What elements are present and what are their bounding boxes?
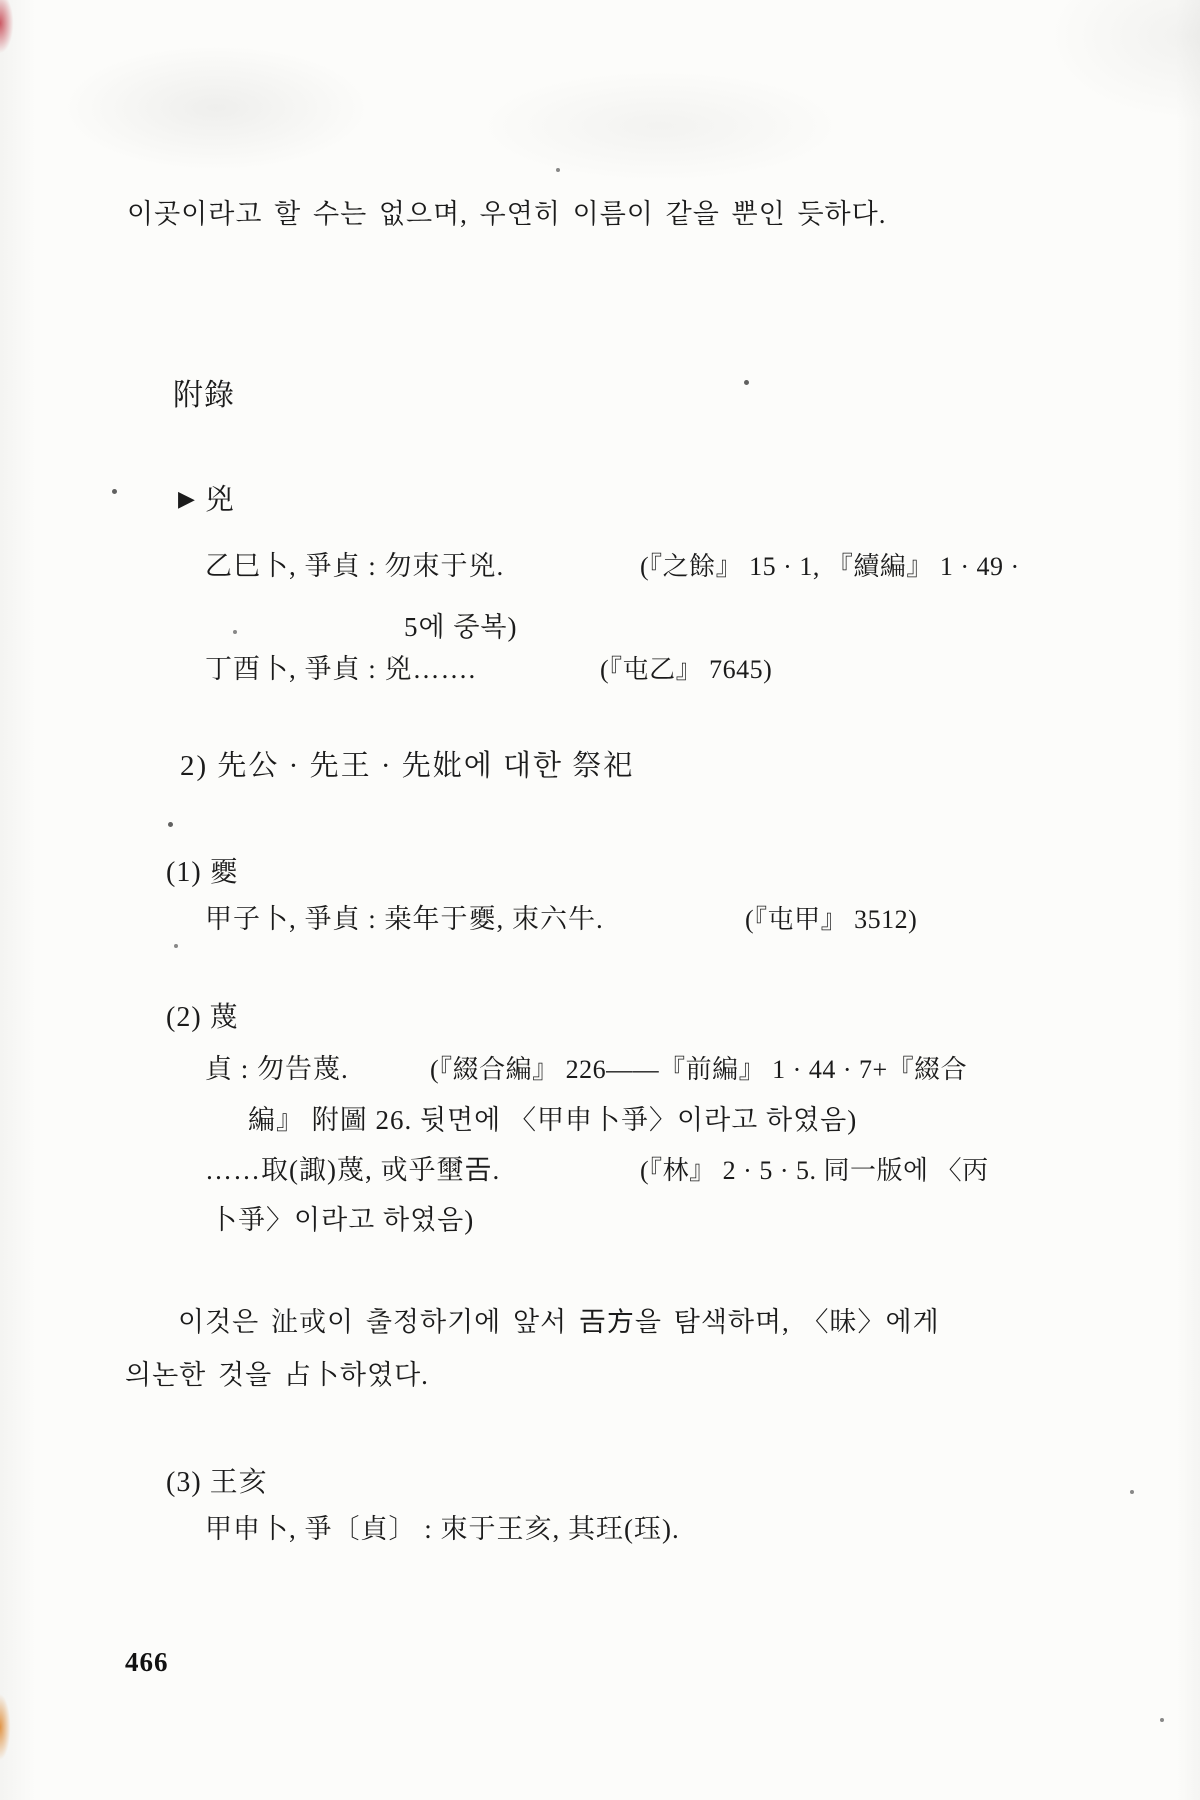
print-artifact-dot	[168, 822, 173, 827]
appendix-entry-title: ▶兇	[178, 482, 235, 520]
print-artifact-dot	[233, 630, 237, 634]
subsection-2-heading: (2) 蔑	[166, 1000, 239, 1036]
inscription-5-reference-cont: 卜爭〉이라고 하였음)	[210, 1203, 474, 1238]
inscription-line: 丁酉卜, 爭貞 : 兇……. (『屯乙』 7645)	[205, 652, 476, 687]
inscription-4-reference: (『綴合編』 226——『前編』 1 · 44 · 7+『綴合	[430, 1053, 967, 1087]
scan-smudge-top-left	[0, 0, 20, 58]
section-heading: 2) 先公 · 先王 · 先妣에 대한 祭祀	[180, 748, 634, 786]
commentary-line-2: 의논한 것을 占卜하였다.	[125, 1358, 429, 1393]
subsection-3-heading: (3) 王亥	[166, 1465, 268, 1501]
inscription-1-reference: (『之餘』 15 · 1, 『續編』 1 · 49 ·	[640, 550, 1020, 584]
inscription-5-reference: (『林』 2 · 5 · 5. 同一版에 〈丙	[640, 1154, 989, 1188]
inscription-4-reference-cont: 編』 附圖 26. 뒷면에 〈甲申卜爭〉이라고 하였음)	[248, 1103, 857, 1138]
inscription-4-text: 貞 : 勿告蔑.	[205, 1054, 349, 1084]
print-artifact-dot	[1160, 1718, 1164, 1722]
entry-bullet-icon: ▶	[178, 485, 195, 514]
print-artifact-dot	[1130, 1490, 1134, 1494]
inscription-1-text: 乙巳卜, 爭貞 : 勿朿于兇.	[205, 551, 504, 581]
inscription-2-reference: (『屯乙』 7645)	[600, 653, 772, 687]
print-artifact-dot	[112, 489, 117, 494]
inscription-line: 貞 : 勿告蔑. (『綴合編』 226——『前編』 1 · 44 · 7+『綴合	[205, 1052, 349, 1087]
book-page: 이곳이라고 할 수는 없으며, 우연히 이름이 같을 뿐인 듯하다. 附錄 ▶兇…	[0, 0, 1200, 1800]
commentary-line-1: 이것은 沚戓이 출정하기에 앞서 𢀛方을 탐색하며, 〈昧〉에게	[178, 1305, 940, 1340]
inscription-3-text: 甲子卜, 爭貞 : 桒年于夒, 朿六牛.	[205, 904, 604, 934]
print-artifact-dot	[174, 944, 178, 948]
print-artifact-dot	[744, 380, 749, 385]
inscription-3-reference: (『屯甲』 3512)	[745, 903, 917, 937]
intro-paragraph: 이곳이라고 할 수는 없으며, 우연히 이름이 같을 뿐인 듯하다.	[127, 197, 886, 232]
inscription-5-text: ……取(諏)蔑, 戓乎壐𢀛.	[205, 1155, 500, 1185]
inscription-2-text: 丁酉卜, 爭貞 : 兇…….	[205, 654, 476, 684]
print-artifact-dot	[556, 168, 560, 172]
inscription-line: 乙巳卜, 爭貞 : 勿朿于兇. (『之餘』 15 · 1, 『續編』 1 · 4…	[205, 549, 504, 584]
entry-name: 兇	[205, 484, 235, 516]
scan-smudge-bottom-left	[0, 1692, 16, 1762]
appendix-heading: 附錄	[173, 376, 235, 415]
inscription-line: ……取(諏)蔑, 戓乎壐𢀛. (『林』 2 · 5 · 5. 同一版에 〈丙	[205, 1153, 500, 1188]
inscription-line: 甲子卜, 爭貞 : 桒年于夒, 朿六牛. (『屯甲』 3512)	[205, 902, 604, 937]
page-number: 466	[125, 1645, 169, 1680]
inscription-6-text: 甲申卜, 爭〔貞〕 : 朿于王亥, 其玨(珏).	[205, 1512, 680, 1547]
subsection-1-heading: (1) 夒	[166, 855, 239, 891]
inscription-1-reference-cont: 5에 중복)	[404, 610, 518, 645]
